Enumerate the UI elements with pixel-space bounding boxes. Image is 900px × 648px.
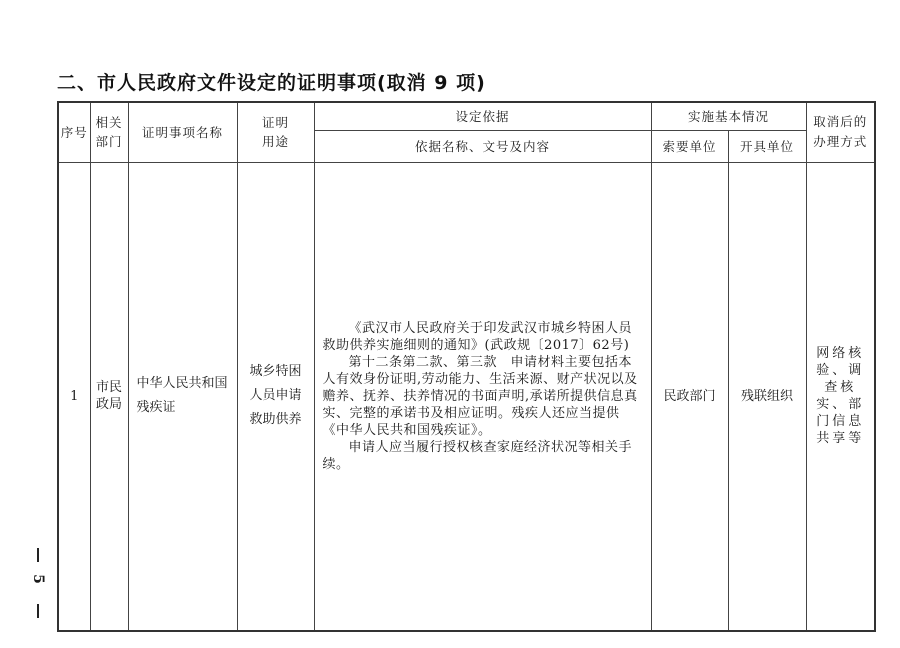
cell-department: 市民政局 <box>90 162 128 631</box>
certificate-items-table: 序号 相关部门 证明事项名称 证明用途 设定依据 实施基本情况 取消后的办理方式… <box>57 101 876 632</box>
header-item-name: 证明事项名称 <box>128 102 237 162</box>
page-number-value: 5 <box>30 570 46 588</box>
header-after-cancel: 取消后的办理方式 <box>806 102 875 162</box>
header-purpose: 证明用途 <box>237 102 314 162</box>
header-basis-group: 设定依据 <box>314 102 651 130</box>
cell-issuing-unit: 残联组织 <box>728 162 806 631</box>
header-impl-group: 实施基本情况 <box>651 102 806 130</box>
cell-item-name: 中华人民共和国残疾证 <box>128 162 237 631</box>
cell-requesting-unit: 民政部门 <box>651 162 728 631</box>
page-number-dash-top <box>37 548 39 562</box>
basis-paragraph-2: 第十二条第二款、第三款 申请材料主要包括本人有效身份证明,劳动能力、生活来源、财… <box>323 354 643 439</box>
basis-paragraph-1: 《武汉市人民政府关于印发武汉市城乡特困人员救助供养实施细则的通知》(武政规〔20… <box>323 320 643 354</box>
cell-purpose: 城乡特困人员申请救助供养 <box>237 162 314 631</box>
header-department: 相关部门 <box>90 102 128 162</box>
cell-after-cancel: 网络核验、调查核实、部门信息共享等 <box>806 162 875 631</box>
cell-basis: 《武汉市人民政府关于印发武汉市城乡特困人员救助供养实施细则的通知》(武政规〔20… <box>314 162 651 631</box>
page-number: 5 <box>24 548 52 620</box>
cell-seq: 1 <box>58 162 90 631</box>
header-seq: 序号 <box>58 102 90 162</box>
page-number-dash-bottom <box>37 604 39 618</box>
basis-paragraph-3: 申请人应当履行授权核查家庭经济状况等相关手续。 <box>323 439 643 473</box>
header-issuing-unit: 开具单位 <box>728 130 806 162</box>
table-row: 1 市民政局 中华人民共和国残疾证 城乡特困人员申请救助供养 《武汉市人民政府关… <box>58 162 875 631</box>
header-basis-detail: 依据名称、文号及内容 <box>314 130 651 162</box>
header-row-1: 序号 相关部门 证明事项名称 证明用途 设定依据 实施基本情况 取消后的办理方式 <box>58 102 875 130</box>
header-requesting-unit: 索要单位 <box>651 130 728 162</box>
section-title: 二、市人民政府文件设定的证明事项(取消 9 项) <box>57 68 486 95</box>
